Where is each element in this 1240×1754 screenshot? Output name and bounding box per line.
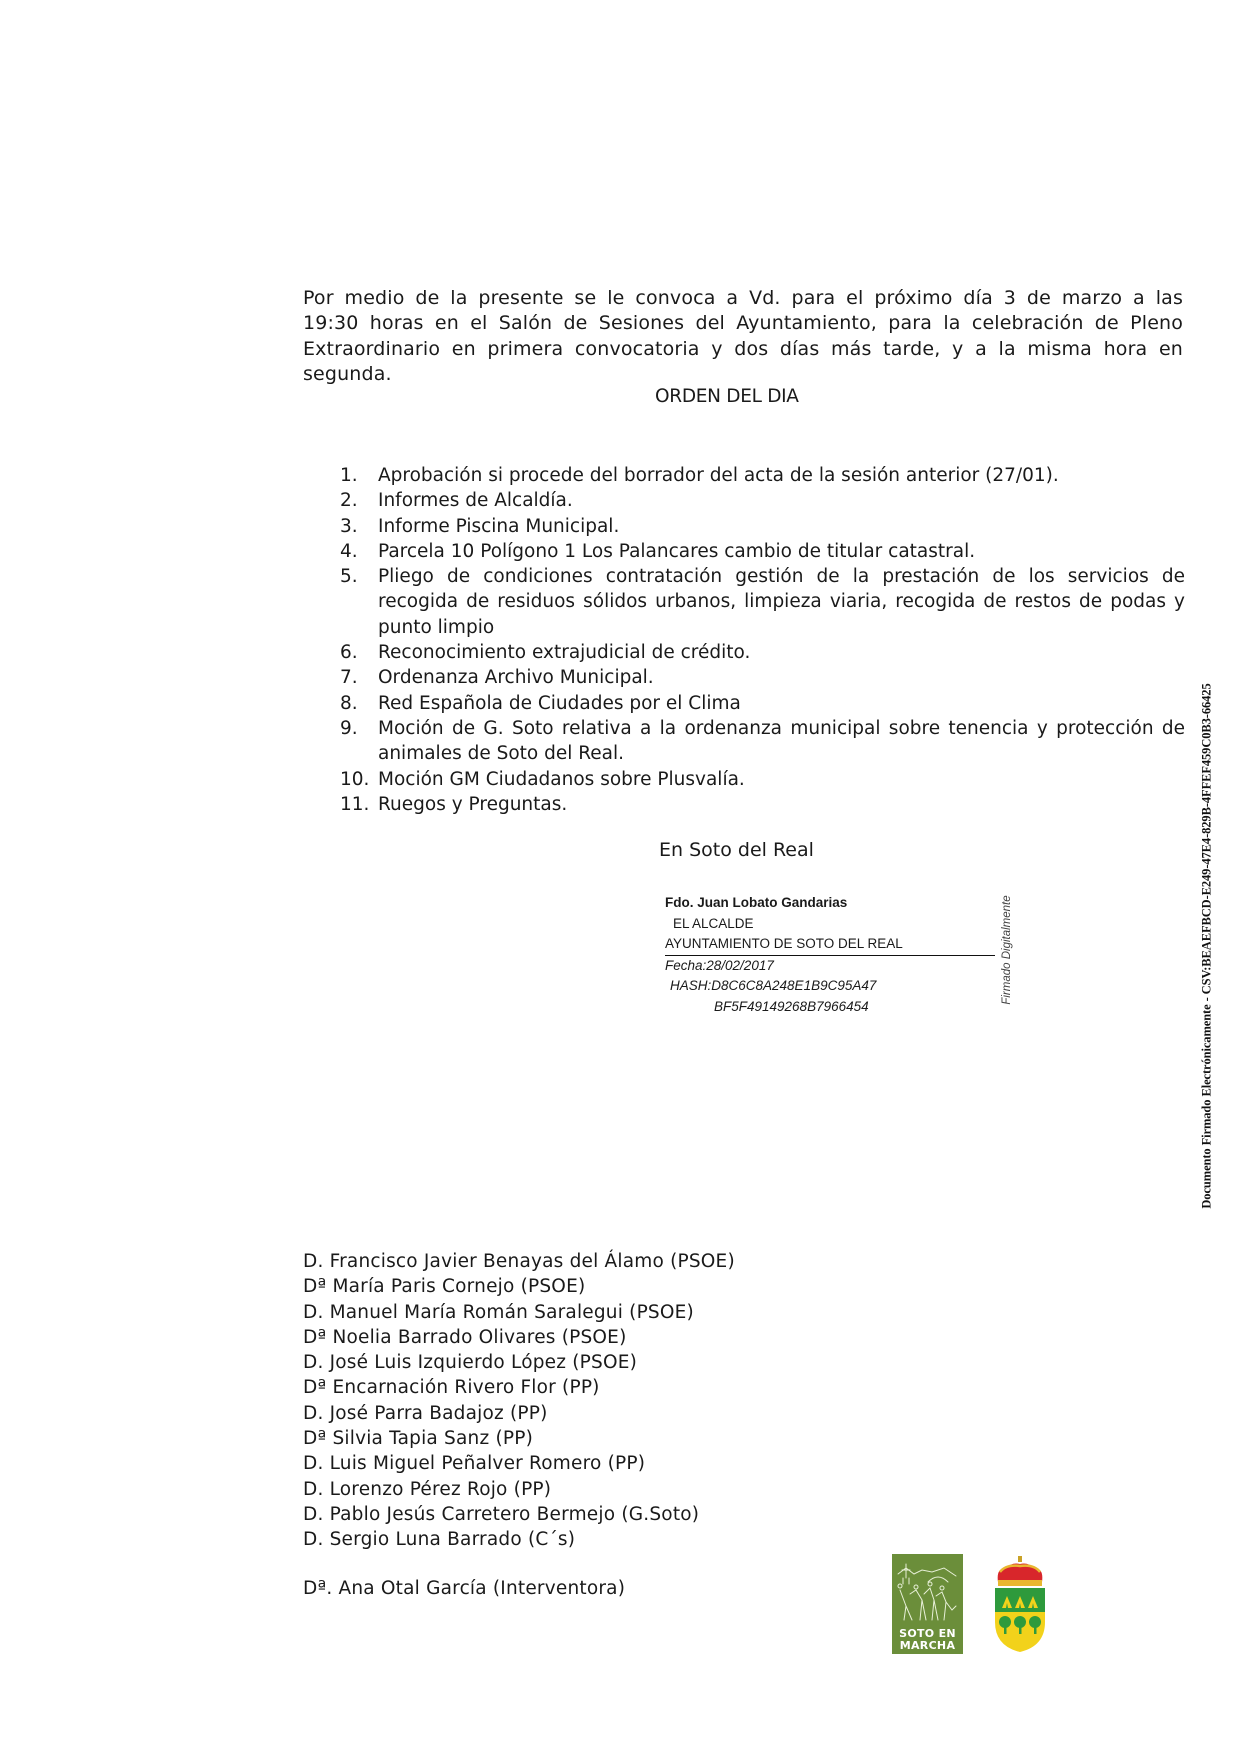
convocation-paragraph: Por medio de la presente se le convoca a… xyxy=(303,286,1183,388)
attendee: D. Lorenzo Pérez Rojo (PP) xyxy=(303,1477,735,1502)
intro-line: segunda. xyxy=(303,362,1183,387)
agenda-item-number: 7. xyxy=(340,665,358,690)
interventora: Dª. Ana Otal García (Interventora) xyxy=(303,1578,625,1599)
signature-hash-1: HASH:D8C6C8A248E1B9C95A47 xyxy=(665,976,995,997)
agenda-item-number: 6. xyxy=(340,640,358,665)
attendees-list: D. Francisco Javier Benayas del Álamo (P… xyxy=(303,1249,735,1553)
agenda-item-text: Ruegos y Preguntas. xyxy=(378,792,1185,817)
agenda-item: 7.Ordenanza Archivo Municipal. xyxy=(340,665,1185,690)
agenda-item: 3.Informe Piscina Municipal. xyxy=(340,514,1185,539)
agenda-item: 5.Pliego de condiciones contratación ges… xyxy=(340,564,1185,640)
stamp-text: Firmado Digitalmente xyxy=(1001,895,1013,1004)
agenda-item: 1.Aprobación si procede del borrador del… xyxy=(340,463,1185,488)
agenda-item-number: 10. xyxy=(340,767,369,792)
agenda-item: 10.Moción GM Ciudadanos sobre Plusvalía. xyxy=(340,767,1185,792)
intro-line: Extraordinario en primera convocatoria y… xyxy=(303,337,1183,362)
attendee: D. Sergio Luna Barrado (C´s) xyxy=(303,1527,735,1552)
agenda-item-number: 5. xyxy=(340,564,358,589)
logo-text-line2: MARCHA xyxy=(892,1640,963,1651)
agenda-item-text: Informes de Alcaldía. xyxy=(378,488,1185,513)
digital-signature-block: Fdo. Juan Lobato Gandarias EL ALCALDE AY… xyxy=(665,893,995,1017)
signer-role: EL ALCALDE xyxy=(665,914,995,935)
intro-line: 19:30 horas en el Salón de Sesiones del … xyxy=(303,311,1183,336)
agenda-item: 8.Red Española de Ciudades por el Clima xyxy=(340,691,1185,716)
agenda-item: 11.Ruegos y Preguntas. xyxy=(340,792,1185,817)
agenda-title: ORDEN DEL DIA xyxy=(655,386,799,407)
agenda-item-text: Moción GM Ciudadanos sobre Plusvalía. xyxy=(378,767,1185,792)
logo-text-line1: SOTO EN xyxy=(892,1628,963,1639)
coat-of-arms-icon xyxy=(988,1556,1052,1654)
csv-margin-note: Documento Firmado Electrónicamente - CSV… xyxy=(1198,640,1216,1252)
csv-text: Documento Firmado Electrónicamente - CSV… xyxy=(1200,683,1215,1208)
signer-entity: AYUNTAMIENTO DE SOTO DEL REAL xyxy=(665,934,995,956)
agenda-item-number: 11. xyxy=(340,792,369,817)
agenda-item-number: 8. xyxy=(340,691,358,716)
place-line: En Soto del Real xyxy=(659,839,814,861)
attendee: Dª Silvia Tapia Sanz (PP) xyxy=(303,1426,735,1451)
agenda-item: 9.Moción de G. Soto relativa a la ordena… xyxy=(340,716,1185,767)
attendee: D. Francisco Javier Benayas del Álamo (P… xyxy=(303,1249,735,1274)
attendee: D. Manuel María Román Saralegui (PSOE) xyxy=(303,1300,735,1325)
agenda-item-number: 1. xyxy=(340,463,358,488)
attendee: D. José Parra Badajoz (PP) xyxy=(303,1401,735,1426)
digital-signature-stamp: Firmado Digitalmente xyxy=(1000,890,1014,1010)
agenda-item-text: Moción de G. Soto relativa a la ordenanz… xyxy=(378,716,1185,767)
agenda-item: 4.Parcela 10 Polígono 1 Los Palancares c… xyxy=(340,539,1185,564)
attendee: Dª Noelia Barrado Olivares (PSOE) xyxy=(303,1325,735,1350)
agenda-item: 2.Informes de Alcaldía. xyxy=(340,488,1185,513)
attendee: D. Luis Miguel Peñalver Romero (PP) xyxy=(303,1451,735,1476)
agenda-item-text: Red Española de Ciudades por el Clima xyxy=(378,691,1185,716)
agenda-item-text: Parcela 10 Polígono 1 Los Palancares cam… xyxy=(378,539,1185,564)
attendee: D. Pablo Jesús Carretero Bermejo (G.Soto… xyxy=(303,1502,735,1527)
intro-line: Por medio de la presente se le convoca a… xyxy=(303,286,1183,311)
attendee: D. José Luis Izquierdo López (PSOE) xyxy=(303,1350,735,1375)
agenda-item-number: 3. xyxy=(340,514,358,539)
attendee: Dª Encarnación Rivero Flor (PP) xyxy=(303,1375,735,1400)
agenda-item-text: Informe Piscina Municipal. xyxy=(378,514,1185,539)
agenda-item-number: 9. xyxy=(340,716,358,741)
signature-date: Fecha:28/02/2017 xyxy=(665,956,995,977)
agenda-item-number: 4. xyxy=(340,539,358,564)
agenda-list: 1.Aprobación si procede del borrador del… xyxy=(340,463,1185,817)
soto-en-marcha-logo: SOTO EN MARCHA xyxy=(892,1554,963,1654)
agenda-item-text: Pliego de condiciones contratación gesti… xyxy=(378,564,1185,640)
agenda-item-number: 2. xyxy=(340,488,358,513)
agenda-item-text: Aprobación si procede del borrador del a… xyxy=(378,463,1185,488)
signature-hash-2: BF5F49149268B7966454 xyxy=(665,997,995,1018)
agenda-item-text: Reconocimiento extrajudicial de crédito. xyxy=(378,640,1185,665)
signer-name: Fdo. Juan Lobato Gandarias xyxy=(665,893,995,914)
agenda-item: 6.Reconocimiento extrajudicial de crédit… xyxy=(340,640,1185,665)
agenda-item-text: Ordenanza Archivo Municipal. xyxy=(378,665,1185,690)
attendee: Dª María Paris Cornejo (PSOE) xyxy=(303,1274,735,1299)
